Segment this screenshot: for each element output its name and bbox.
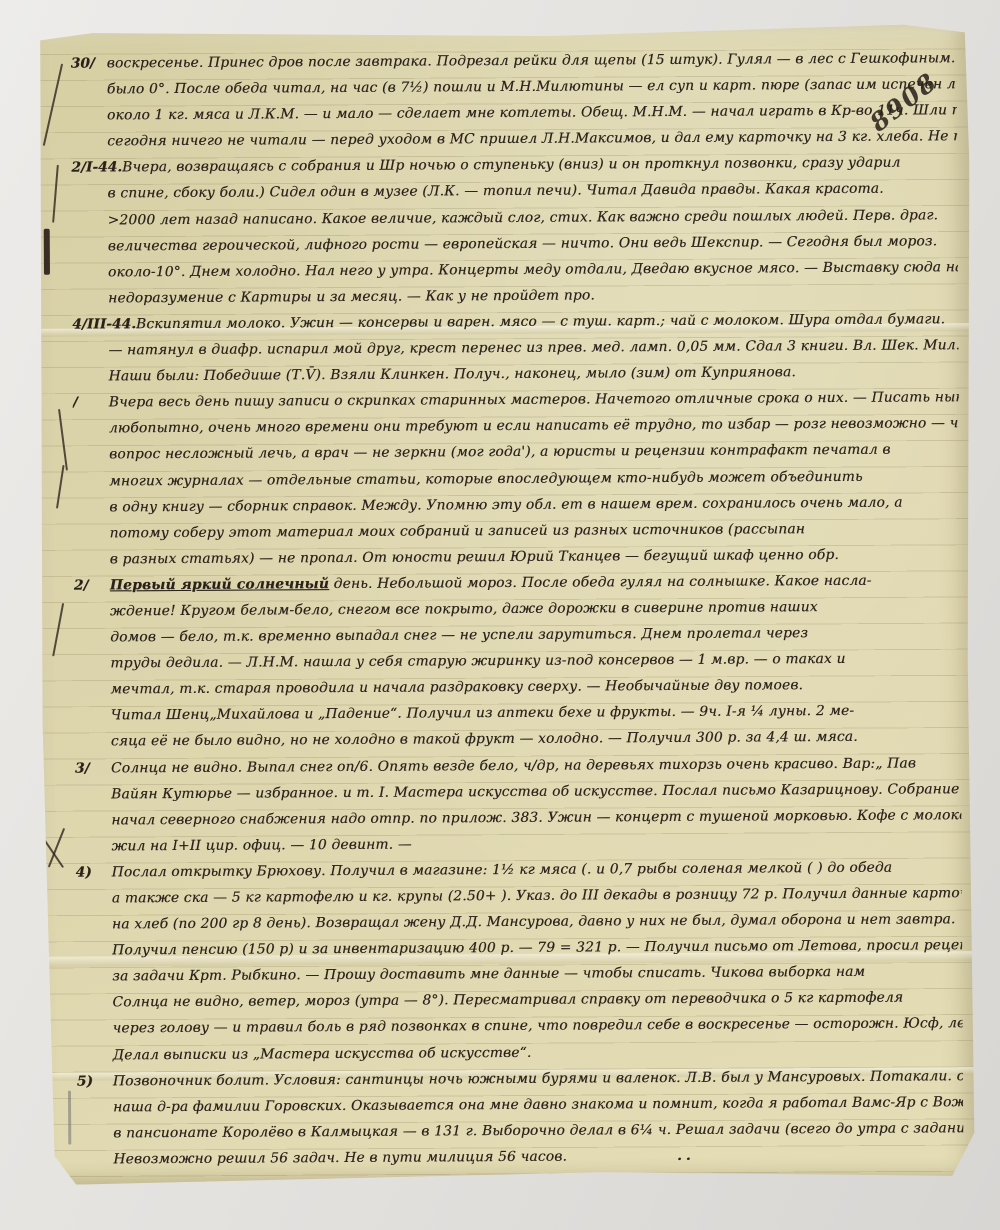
margin-pen-stroke bbox=[52, 165, 59, 223]
manuscript-line: около-10°. Днем холодно. Нал него у утра… bbox=[72, 254, 958, 286]
entry-marker: 3/ bbox=[75, 755, 111, 781]
entry-marker: 30/ bbox=[71, 50, 107, 76]
manuscript-line: — натянул в диафр. испарил мой друг, кре… bbox=[72, 332, 958, 364]
entry-marker: ∕ bbox=[73, 390, 109, 416]
manuscript-line: в пансионате Королёво в Калмыцкая — в 13… bbox=[77, 1115, 963, 1147]
margin-pen-stroke bbox=[58, 409, 68, 471]
binding-ink-dash bbox=[44, 229, 50, 275]
entry-marker: 2/ bbox=[74, 572, 110, 598]
manuscript-line: 2/Первый яркий солнечный день. Небольшой… bbox=[74, 567, 960, 599]
margin-pen-stroke bbox=[52, 603, 64, 656]
manuscript-line: в одну книгу — сборник справок. Между. У… bbox=[73, 489, 959, 521]
ink-dots: .. bbox=[677, 1148, 695, 1164]
entry-marker: 4) bbox=[76, 859, 112, 885]
underlined-phrase: Первый яркий солнечный bbox=[110, 576, 329, 593]
margin-pen-stroke bbox=[43, 64, 64, 146]
manuscript-page: 8908 30/воскресенье. Принес дров после з… bbox=[36, 23, 975, 1185]
margin-pen-stroke bbox=[56, 465, 65, 509]
scanner-background: 8908 30/воскресенье. Принес дров после з… bbox=[0, 0, 1000, 1230]
entry-marker: 4/III-44. bbox=[72, 311, 136, 337]
entry-marker: 2/I-44. bbox=[71, 155, 122, 181]
manuscript-text: 30/воскресенье. Принес дров после завтра… bbox=[71, 45, 964, 1176]
entry-marker: 5) bbox=[77, 1068, 113, 1094]
manuscript-line: начал северного снабжения надо отпр. по … bbox=[75, 802, 961, 834]
margin-pencil-stroke bbox=[68, 1091, 71, 1145]
margin-cross-stroke bbox=[41, 836, 64, 869]
manuscript-line: через голову — и травил боль в ряд позво… bbox=[77, 1011, 963, 1043]
manuscript-line: Невозможно решил 56 задач. Не в пути мил… bbox=[77, 1141, 963, 1173]
